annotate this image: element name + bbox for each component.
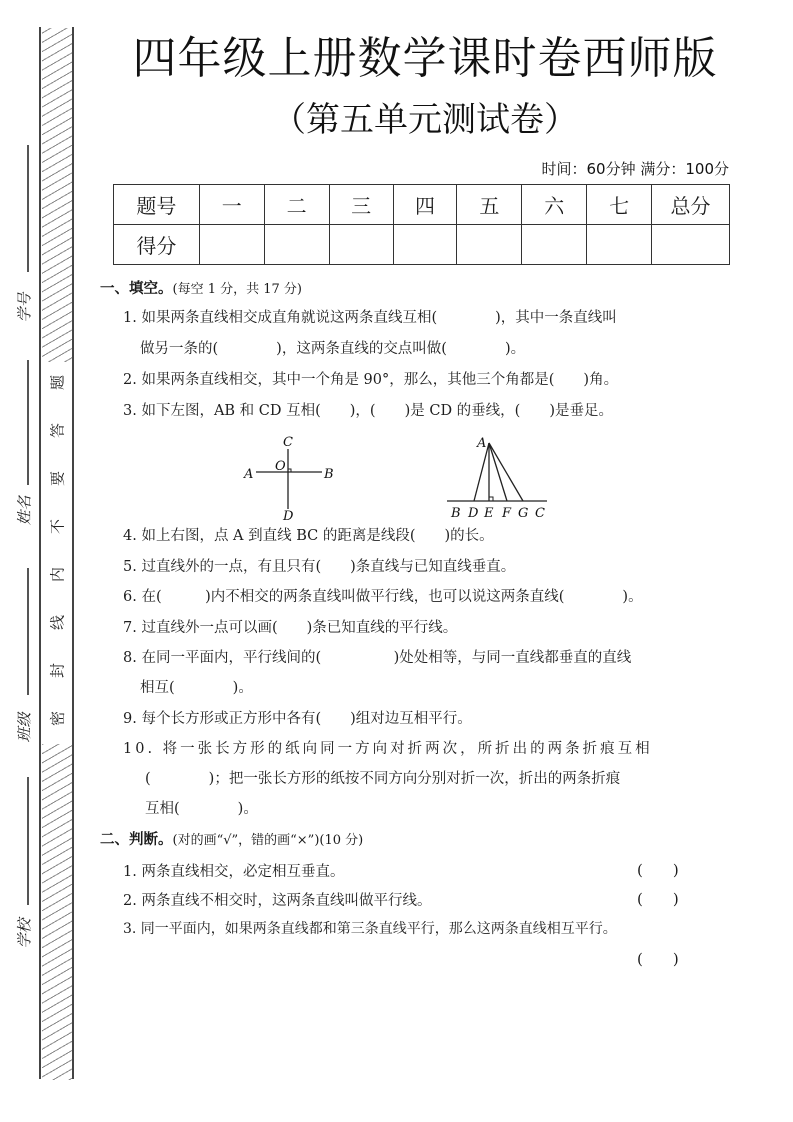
name-field[interactable] [27,360,29,485]
judge-question-3: 3. 同一平面内，如果两条直线都和第三条直线平行，那么这两条直线相互平行。 [123,918,617,938]
header-cell: 题号 [114,185,200,225]
seal-char: 内 [47,560,68,590]
header-cell: 五 [457,185,522,225]
svg-text:B: B [450,506,461,521]
figure-left-perpendicular-lines: C O A B D [243,435,334,524]
header-cell: 七 [587,185,652,225]
question-10-line3: 互相( )。 [145,797,258,818]
seal-char: 答 [47,416,68,446]
svg-text:G: G [518,506,528,521]
svg-text:O: O [275,459,286,474]
score-cell[interactable] [199,225,264,265]
binding-border-left [39,27,41,1079]
score-cell[interactable] [329,225,393,265]
seal-char: 线 [47,608,68,638]
judge-answer-3[interactable]: ( ) [637,948,679,969]
header-cell: 四 [393,185,457,225]
judge-question-2: 2. 两条直线不相交时，这两条直线叫做平行线。 [123,889,431,910]
score-label-cell: 得分 [114,225,200,265]
question-7: 7. 过直线外一点可以画( )条已知直线的平行线。 [123,616,457,637]
svg-text:F: F [501,506,512,521]
judge-answer-2[interactable]: ( ) [637,888,679,909]
page-subtitle: （第五单元测试卷） [100,92,750,141]
svg-text:A: A [476,436,486,451]
score-cell[interactable] [587,225,652,265]
question-10-line1: 10. 将一张长方形的纸向同一方向对折两次，所折出的两条折痕互相 [123,737,653,758]
question-1-line1: 1. 如果两条直线相交成直角就说这两条直线互相( )，其中一条直线叫 [123,306,617,327]
header-cell: 三 [329,185,393,225]
question-10-line2: ( )；把一张长方形的纸按不同方向分别对折一次，折出的两条折痕 [145,767,620,788]
class-label: 班级 [14,703,35,743]
question-8-line1: 8. 在同一平面内，平行线间的( )处处相等，与同一直线都垂直的直线 [123,646,631,667]
figure-right-point-to-line: A B D E F G C [447,436,547,521]
score-cell[interactable] [393,225,457,265]
name-label: 姓名 [14,486,35,526]
score-cell[interactable] [457,225,522,265]
judge-answer-1[interactable]: ( ) [637,859,679,880]
question-3: 3. 如下左图，AB 和 CD 互相( )，( )是 CD 的垂线，( )是垂足… [123,399,613,420]
svg-text:D: D [467,506,479,521]
svg-text:C: C [535,506,545,521]
section1-heading: 一、填空。(每空 1 分，共 17 分) [100,277,302,298]
question-8-line2: 相互( )。 [140,676,253,697]
total-score-cell[interactable] [652,225,730,265]
score-table: 题号 一 二 三 四 五 六 七 总分 得分 [113,184,730,265]
seal-warning: 题 答 要 不 内 线 封 密 [42,362,72,744]
score-table-header-row: 题号 一 二 三 四 五 六 七 总分 [114,185,730,225]
section1-note: (每空 1 分，共 17 分) [173,282,303,297]
student-id-label: 学号 [14,283,35,323]
section2-note: (对的画“√”，错的画“×”)(10 分) [173,833,364,848]
section2-heading: 二、判断。(对的画“√”，错的画“×”)(10 分) [100,828,363,849]
question-9: 9. 每个长方形或正方形中各有( )组对边互相平行。 [123,707,472,728]
question-4: 4. 如上右图，点 A 到直线 BC 的距离是线段( )的长。 [123,524,494,545]
section2-title: 二、判断。 [100,832,173,848]
question-1-line2: 做另一条的( )，这两条直线的交点叫做( )。 [140,337,525,358]
score-cell[interactable] [522,225,587,265]
seal-char: 密 [47,704,68,734]
svg-text:C: C [283,435,293,450]
judge-question-1: 1. 两条直线相交，必定相互垂直。 [123,860,344,881]
header-cell: 总分 [652,185,730,225]
svg-text:A: A [243,467,253,482]
seal-char: 封 [47,656,68,686]
header-cell: 二 [264,185,329,225]
header-cell: 一 [199,185,264,225]
header-cell: 六 [522,185,587,225]
class-field[interactable] [27,568,29,695]
seal-char: 不 [47,512,68,542]
student-id-field[interactable] [27,145,29,272]
school-label: 学校 [14,909,35,949]
seal-char: 要 [47,464,68,494]
svg-text:B: B [323,467,334,482]
score-cell[interactable] [264,225,329,265]
seal-char: 题 [47,368,68,398]
question-5: 5. 过直线外的一点，有且只有( )条直线与已知直线垂直。 [123,555,515,576]
svg-text:E: E [483,506,494,521]
binding-border-right [72,27,74,1079]
section1-title: 一、填空。 [100,281,173,297]
question-6: 6. 在( )内不相交的两条直线叫做平行线，也可以说这两条直线( )。 [123,585,643,606]
school-field[interactable] [27,777,29,905]
svg-text:D: D [282,509,294,524]
question-2: 2. 如果两条直线相交，其中一个角是 90°，那么，其他三个角都是( )角。 [123,368,618,389]
page-title: 四年级上册数学课时卷西师版 [100,22,750,86]
exam-meta: 时间：60分钟 满分：100分 [542,158,730,179]
score-table-score-row: 得分 [114,225,730,265]
